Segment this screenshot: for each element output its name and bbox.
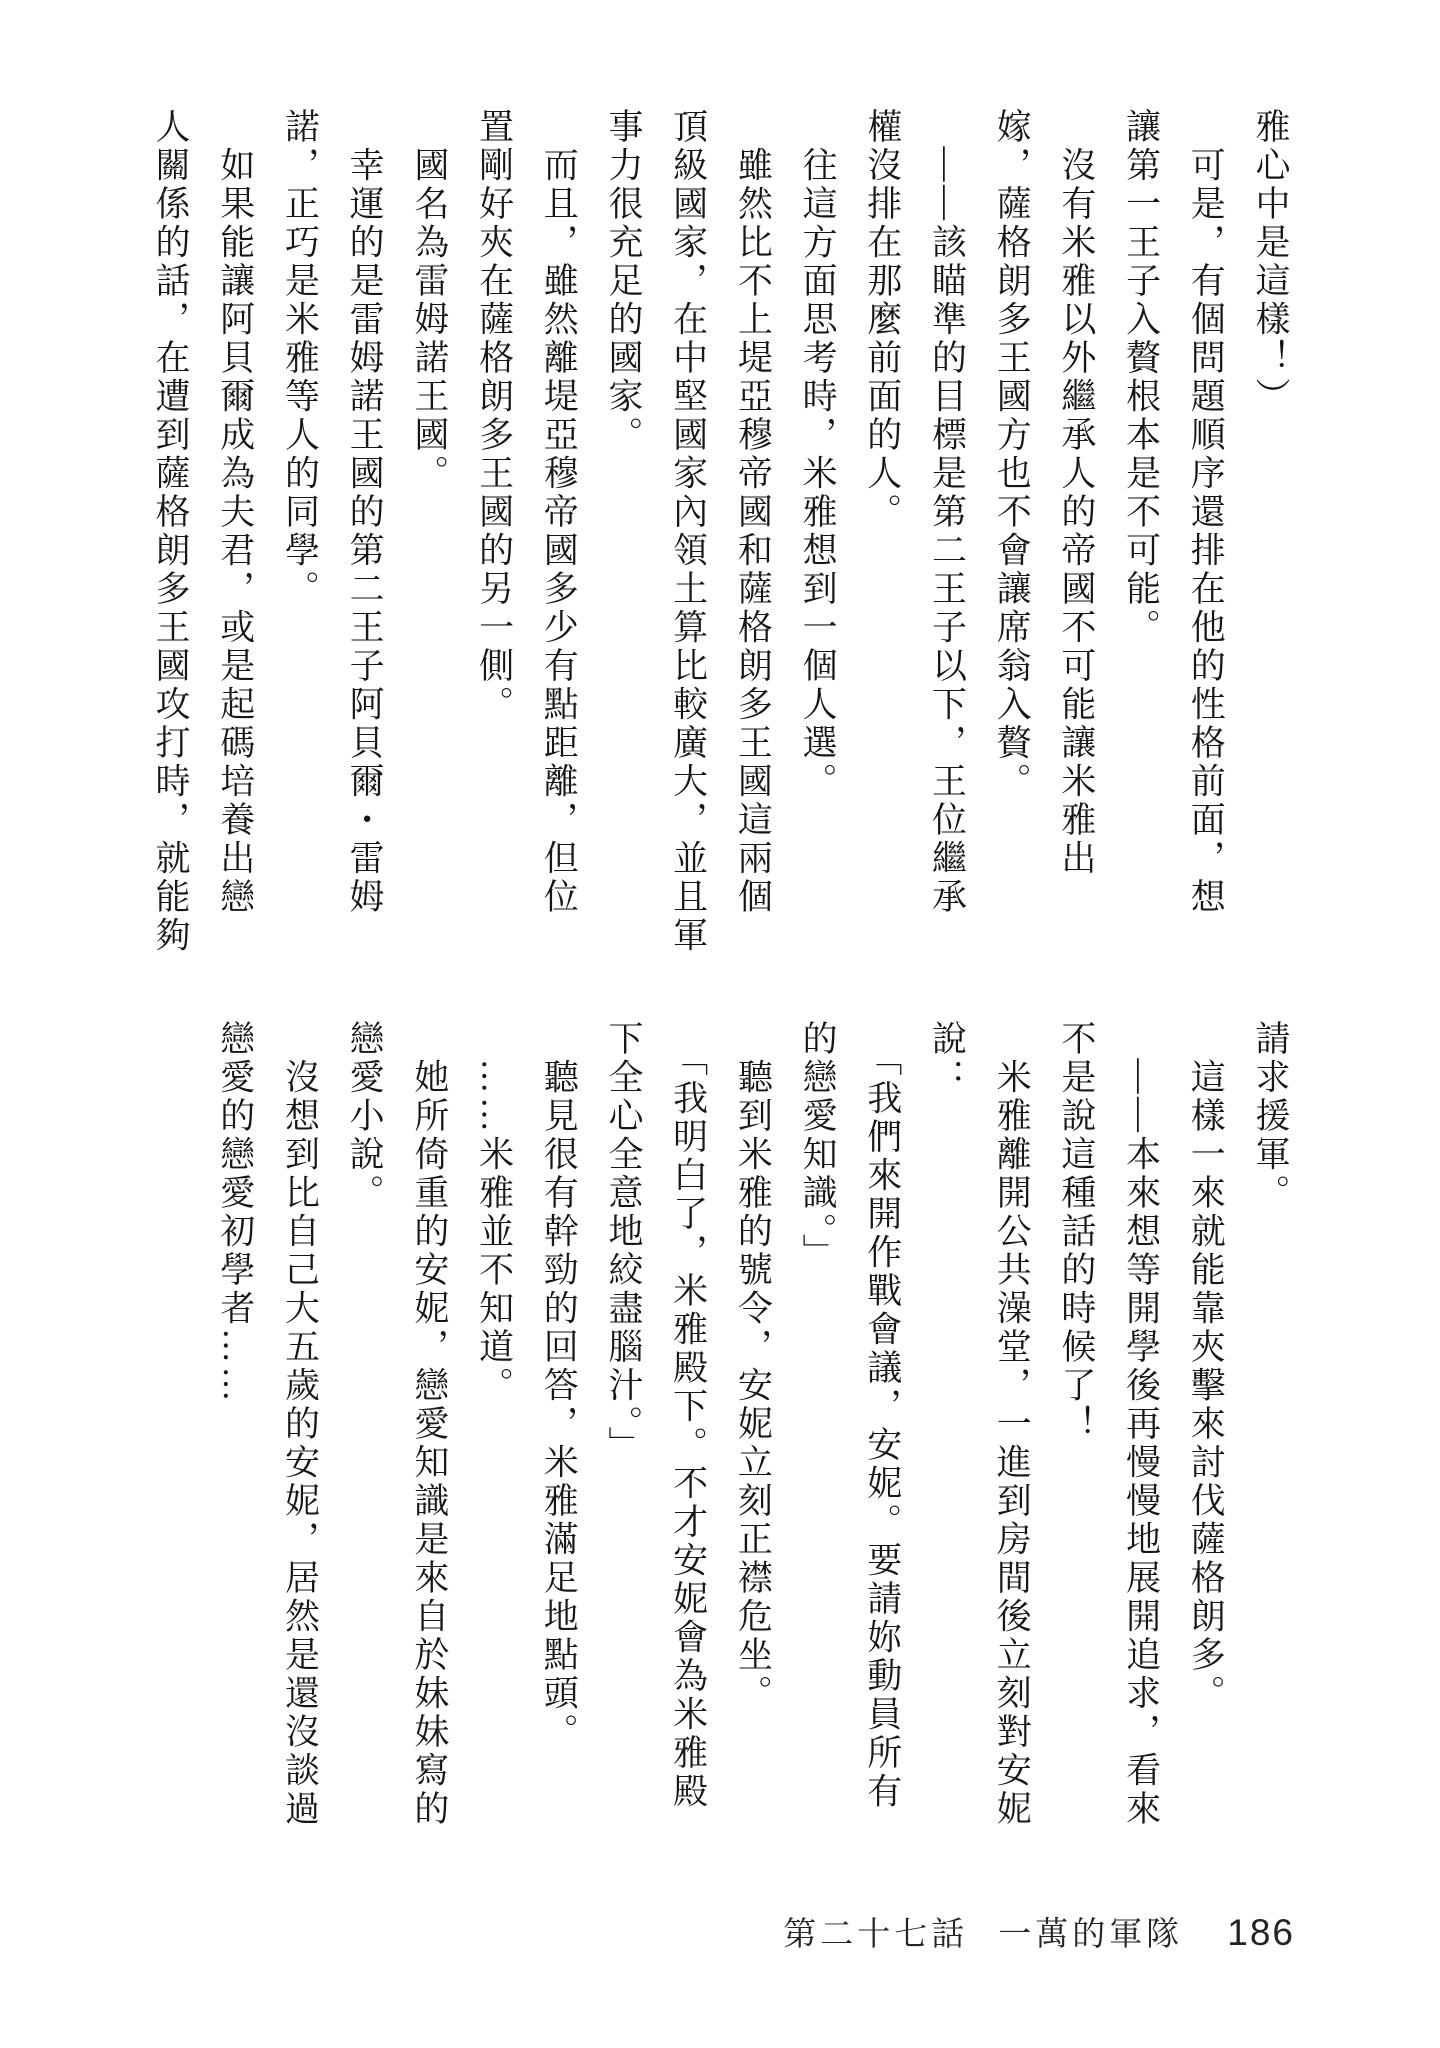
text-column: 事力很充足的國家。 bbox=[590, 108, 655, 968]
text-column: 這樣一來就能靠夾擊來討伐薩格朗多。 bbox=[1173, 1020, 1238, 1880]
footer-chapter-label: 第二十七話 bbox=[783, 1908, 968, 1955]
text-column: ——本來想等開學後再慢慢地展開追求，看來 bbox=[1108, 1020, 1173, 1880]
bottom-text-block: 請求援軍。 這樣一來就能靠夾擊來討伐薩格朗多。 ——本來想等開學後再慢慢地展開追… bbox=[202, 1020, 1302, 1880]
text-column: 幸運的是雷姆諾王國的第二王子阿貝爾・雷姆 bbox=[331, 108, 396, 968]
text-column: 嫁，薩格朗多王國方也不會讓席翁入贅。 bbox=[978, 108, 1043, 968]
text-column: 置剛好夾在薩格朗多王國的另一側。 bbox=[461, 108, 526, 968]
text-column: 戀愛的戀愛初學者…… bbox=[202, 1020, 267, 1880]
text-column: 權沒排在那麼前面的人。 bbox=[849, 108, 914, 968]
footer-page-number: 186 bbox=[1227, 1912, 1295, 1954]
book-page: 雅心中是這樣！） 可是，有個問題順序還排在他的性格前面，想讓第一王子入贅根本是不… bbox=[0, 0, 1440, 2048]
text-column: 可是，有個問題順序還排在他的性格前面，想 bbox=[1173, 108, 1238, 968]
footer-episode-title: 一萬的軍隊 bbox=[998, 1908, 1183, 1955]
text-column: 讓第一王子入贅根本是不可能。 bbox=[1108, 108, 1173, 968]
text-column: 的戀愛知識。」 bbox=[784, 1020, 849, 1880]
page-footer: 第二十七話 一萬的軍隊 186 bbox=[783, 1908, 1295, 1955]
text-column: 沒有米雅以外繼承人的帝國不可能讓米雅出 bbox=[1043, 108, 1108, 968]
text-column: 不是說這種話的時候了！ bbox=[1043, 1020, 1108, 1880]
text-column: 諾，正巧是米雅等人的同學。 bbox=[267, 108, 332, 968]
text-column: 「我明白了，米雅殿下。不才安妮會為米雅殿 bbox=[655, 1020, 720, 1880]
text-column: 人關係的話，在遭到薩格朗多王國攻打時，就能夠 bbox=[137, 108, 202, 968]
text-column: 而且，雖然離堤亞穆帝國多少有點距離，但位 bbox=[526, 108, 591, 968]
text-column: 雖然比不上堤亞穆帝國和薩格朗多王國這兩個 bbox=[720, 108, 785, 968]
text-column: 聽到米雅的號令，安妮立刻正襟危坐。 bbox=[720, 1020, 785, 1880]
text-column: ——該瞄準的目標是第二王子以下，王位繼承 bbox=[914, 108, 979, 968]
text-column: 戀愛小說。 bbox=[331, 1020, 396, 1880]
text-column: 她所倚重的安妮，戀愛知識是來自於妹妹寫的 bbox=[396, 1020, 461, 1880]
text-column: 請求援軍。 bbox=[1237, 1020, 1302, 1880]
text-column: 聽見很有幹勁的回答，米雅滿足地點頭。 bbox=[526, 1020, 591, 1880]
text-column: 下全心全意地絞盡腦汁。」 bbox=[590, 1020, 655, 1880]
text-column: 國名為雷姆諾王國。 bbox=[396, 108, 461, 968]
text-column: 往這方面思考時，米雅想到一個人選。 bbox=[784, 108, 849, 968]
text-column: ……米雅並不知道。 bbox=[461, 1020, 526, 1880]
text-column: 雅心中是這樣！） bbox=[1237, 108, 1302, 968]
text-column: 說： bbox=[914, 1020, 979, 1880]
text-column: 米雅離開公共澡堂，一進到房間後立刻對安妮 bbox=[978, 1020, 1043, 1880]
text-column: 如果能讓阿貝爾成為夫君，或是起碼培養出戀 bbox=[202, 108, 267, 968]
text-column: 沒想到比自己大五歲的安妮，居然是還沒談過 bbox=[267, 1020, 332, 1880]
top-text-block: 雅心中是這樣！） 可是，有個問題順序還排在他的性格前面，想讓第一王子入贅根本是不… bbox=[137, 108, 1302, 968]
text-column: 頂級國家，在中堅國家內領土算比較廣大，並且軍 bbox=[655, 108, 720, 968]
text-column: 「我們來開作戰會議，安妮。要請妳動員所有 bbox=[849, 1020, 914, 1880]
